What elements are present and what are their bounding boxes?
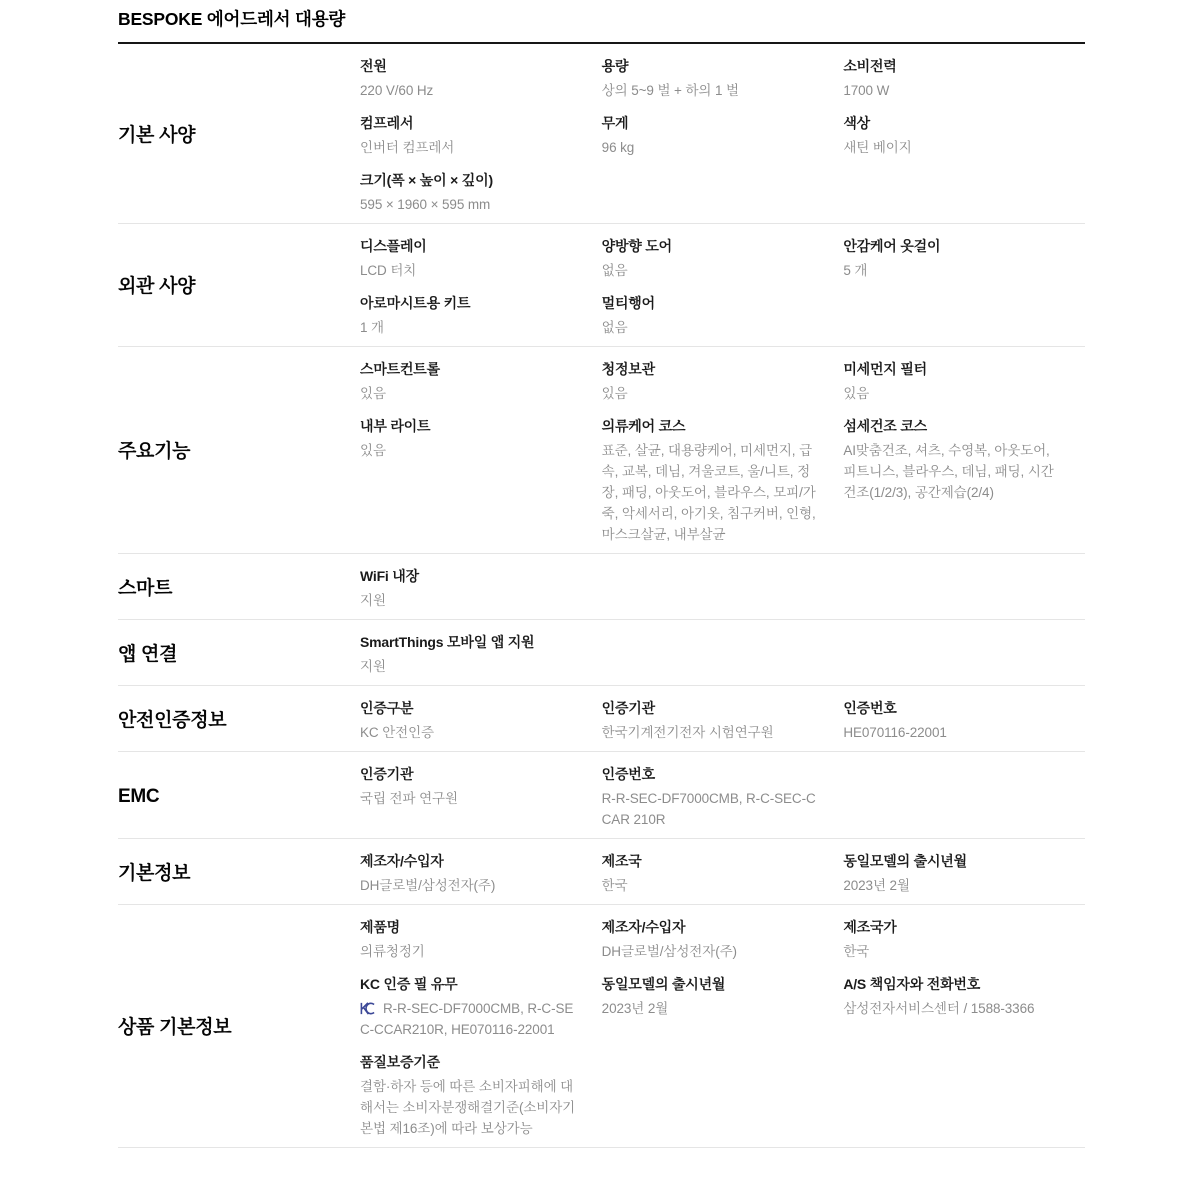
spec-value-text: R-R-SEC-DF7000CMB, R-C-SEC-CCAR 210R bbox=[602, 791, 816, 827]
spec-label: 아로마시트용 키트 bbox=[360, 293, 576, 313]
section-columns: 제조자/수입자 DH글로벌/삼성전자(주) 제조국 한국 동일모델의 출시년월 … bbox=[360, 851, 1085, 896]
spec-value-text: 인버터 컴프레서 bbox=[360, 140, 454, 155]
spec-value: 의류청정기 bbox=[360, 941, 576, 962]
spec-label: 제조국 bbox=[602, 851, 818, 871]
section-title: 상품 기본정보 bbox=[118, 1015, 360, 1041]
spec-value-text: LCD 터치 bbox=[360, 263, 416, 278]
spec-label: 인증번호 bbox=[843, 698, 1059, 718]
spec-field: 안감케어 옷걸이 5 개 bbox=[843, 236, 1085, 281]
spec-label: 용량 bbox=[602, 56, 818, 76]
spec-value: 1 개 bbox=[360, 317, 576, 338]
spec-column: 제조국가 한국 A/S 책임자와 전화번호 삼성전자서비스센터 / 1588-3… bbox=[843, 917, 1085, 1019]
spec-value-text: 상의 5~9 벌 + 하의 1 벌 bbox=[602, 83, 739, 98]
spec-value-text: 한국기계전기전자 시험연구원 bbox=[602, 725, 774, 740]
spec-field: 용량 상의 5~9 벌 + 하의 1 벌 bbox=[602, 56, 844, 101]
spec-label: 섬세건조 코스 bbox=[843, 416, 1059, 436]
spec-column: 안감케어 옷걸이 5 개 bbox=[843, 236, 1085, 281]
spec-field: 미세먼지 필터 있음 bbox=[843, 359, 1085, 404]
spec-value-text: 의류청정기 bbox=[360, 944, 425, 959]
spec-value-text: 결함·하자 등에 따른 소비자피해에 대해서는 소비자분쟁해결기준(소비자기본법… bbox=[360, 1079, 575, 1136]
spec-label: 내부 라이트 bbox=[360, 416, 576, 436]
spec-value-text: KC 안전인증 bbox=[360, 725, 434, 740]
spec-column: 제조자/수입자 DH글로벌/삼성전자(주) 동일모델의 출시년월 2023년 2… bbox=[602, 917, 844, 1019]
spec-column: 제조자/수입자 DH글로벌/삼성전자(주) bbox=[360, 851, 602, 896]
spec-value: 지원 bbox=[360, 590, 576, 611]
spec-value-text: 있음 bbox=[360, 386, 386, 401]
spec-value: 한국 bbox=[843, 941, 1059, 962]
spec-column: 청정보관 있음 의류케어 코스 표준, 살균, 대용량케어, 미세먼지, 급속,… bbox=[602, 359, 844, 545]
spec-field: 청정보관 있음 bbox=[602, 359, 844, 404]
spec-value: 220 V/60 Hz bbox=[360, 80, 576, 101]
section-columns: 인증구분 KC 안전인증 인증기관 한국기계전기전자 시험연구원 인증번호 HE… bbox=[360, 698, 1085, 743]
section-title: 기본정보 bbox=[118, 861, 360, 887]
spec-field: 크기(폭 × 높이 × 깊이) 595 × 1960 × 595 mm bbox=[360, 170, 602, 215]
spec-value-text: 없음 bbox=[602, 320, 628, 335]
spec-label: WiFi 내장 bbox=[360, 566, 576, 586]
spec-value-text: 새틴 베이지 bbox=[843, 140, 911, 155]
spec-label: 스마트컨트롤 bbox=[360, 359, 576, 379]
spec-value: R-R-SEC-DF7000CMB, R-C-SEC-CCAR210R, HE0… bbox=[360, 998, 576, 1040]
spec-value-text: 96 kg bbox=[602, 140, 635, 155]
spec-label: A/S 책임자와 전화번호 bbox=[843, 974, 1059, 994]
spec-field: 품질보증기준 결함·하자 등에 따른 소비자피해에 대해서는 소비자분쟁해결기준… bbox=[360, 1052, 602, 1139]
section-row: 주요기능 스마트컨트롤 있음 내부 라이트 있음 청정보관 있음 의류케어 코스… bbox=[118, 347, 1085, 554]
spec-label: 인증번호 bbox=[602, 764, 818, 784]
spec-label: 소비전력 bbox=[843, 56, 1059, 76]
spec-label: 인증기관 bbox=[602, 698, 818, 718]
spec-value: 없음 bbox=[602, 317, 818, 338]
page-title: BESPOKE 에어드레서 대용량 bbox=[118, 6, 1085, 31]
spec-value-text: DH글로벌/삼성전자(주) bbox=[602, 944, 737, 959]
section-row: EMC 인증기관 국립 전파 연구원 인증번호 R-R-SEC-DF7000CM… bbox=[118, 752, 1085, 839]
spec-label: 디스플레이 bbox=[360, 236, 576, 256]
spec-label: 품질보증기준 bbox=[360, 1052, 576, 1072]
spec-field: 제조자/수입자 DH글로벌/삼성전자(주) bbox=[602, 917, 844, 962]
section-row: 앱 연결 SmartThings 모바일 앱 지원 지원 bbox=[118, 620, 1085, 686]
spec-field: 동일모델의 출시년월 2023년 2월 bbox=[602, 974, 844, 1019]
spec-value: 인버터 컴프레서 bbox=[360, 137, 576, 158]
spec-label: 전원 bbox=[360, 56, 576, 76]
spec-value: 있음 bbox=[602, 383, 818, 404]
spec-value-text: DH글로벌/삼성전자(주) bbox=[360, 878, 495, 893]
spec-label: KC 인증 필 유무 bbox=[360, 974, 576, 994]
spec-column: 용량 상의 5~9 벌 + 하의 1 벌 무게 96 kg bbox=[602, 56, 844, 158]
spec-column: 인증번호 R-R-SEC-DF7000CMB, R-C-SEC-CCAR 210… bbox=[602, 764, 844, 830]
spec-value-text: 220 V/60 Hz bbox=[360, 83, 433, 98]
spec-label: 의류케어 코스 bbox=[602, 416, 818, 436]
spec-value: 한국 bbox=[602, 875, 818, 896]
spec-value-text: 삼성전자서비스센터 / 1588-3366 bbox=[843, 1001, 1034, 1016]
spec-column: 동일모델의 출시년월 2023년 2월 bbox=[843, 851, 1085, 896]
spec-value-text: 있음 bbox=[602, 386, 628, 401]
spec-field: 인증번호 R-R-SEC-DF7000CMB, R-C-SEC-CCAR 210… bbox=[602, 764, 844, 830]
spec-column: 소비전력 1700 W 색상 새틴 베이지 bbox=[843, 56, 1085, 158]
spec-field: 인증기관 한국기계전기전자 시험연구원 bbox=[602, 698, 844, 743]
spec-value-text: 595 × 1960 × 595 mm bbox=[360, 197, 490, 212]
spec-value: DH글로벌/삼성전자(주) bbox=[360, 875, 576, 896]
spec-field: WiFi 내장 지원 bbox=[360, 566, 602, 611]
spec-label: 제조국가 bbox=[843, 917, 1059, 937]
spec-value-text: 1700 W bbox=[843, 83, 889, 98]
spec-value: DH글로벌/삼성전자(주) bbox=[602, 941, 818, 962]
section-columns: 인증기관 국립 전파 연구원 인증번호 R-R-SEC-DF7000CMB, R… bbox=[360, 764, 1085, 830]
section-columns: SmartThings 모바일 앱 지원 지원 bbox=[360, 632, 1085, 677]
spec-value-text: 있음 bbox=[843, 386, 869, 401]
spec-field: 아로마시트용 키트 1 개 bbox=[360, 293, 602, 338]
spec-field: 컴프레서 인버터 컴프레서 bbox=[360, 113, 602, 158]
spec-label: 인증기관 bbox=[360, 764, 576, 784]
spec-field: KC 인증 필 유무 R-R-SEC-DF7000CMB, R-C-SEC-CC… bbox=[360, 974, 602, 1040]
section-title: EMC bbox=[118, 784, 360, 810]
spec-value-text: 없음 bbox=[602, 263, 628, 278]
spec-field: A/S 책임자와 전화번호 삼성전자서비스센터 / 1588-3366 bbox=[843, 974, 1085, 1019]
spec-value-text: AI맞춤건조, 셔츠, 수영복, 아웃도어, 피트니스, 블라우스, 데님, 패… bbox=[843, 443, 1053, 500]
spec-value-text: 5 개 bbox=[843, 263, 867, 278]
spec-field: 인증기관 국립 전파 연구원 bbox=[360, 764, 602, 809]
spec-field: 인증구분 KC 안전인증 bbox=[360, 698, 602, 743]
spec-value-text: 한국 bbox=[843, 944, 869, 959]
spec-column: 디스플레이 LCD 터치 아로마시트용 키트 1 개 bbox=[360, 236, 602, 338]
spec-label: 제품명 bbox=[360, 917, 576, 937]
spec-field: 동일모델의 출시년월 2023년 2월 bbox=[843, 851, 1085, 896]
section-title: 스마트 bbox=[118, 576, 360, 602]
spec-field: 색상 새틴 베이지 bbox=[843, 113, 1085, 158]
spec-value: 표준, 살균, 대용량케어, 미세먼지, 급속, 교복, 데님, 겨울코트, 울… bbox=[602, 440, 818, 545]
spec-value: KC 안전인증 bbox=[360, 722, 576, 743]
spec-table: 기본 사양 전원 220 V/60 Hz 컴프레서 인버터 컴프레서 크기(폭 … bbox=[118, 44, 1085, 1148]
spec-label: SmartThings 모바일 앱 지원 bbox=[360, 632, 576, 652]
spec-field: 디스플레이 LCD 터치 bbox=[360, 236, 602, 281]
spec-label: 양방향 도어 bbox=[602, 236, 818, 256]
section-row: 안전인증정보 인증구분 KC 안전인증 인증기관 한국기계전기전자 시험연구원 … bbox=[118, 686, 1085, 752]
spec-value-text: 국립 전파 연구원 bbox=[360, 791, 458, 806]
spec-value-text: 지원 bbox=[360, 593, 386, 608]
spec-value-text: 2023년 2월 bbox=[602, 1001, 669, 1016]
spec-field: 양방향 도어 없음 bbox=[602, 236, 844, 281]
spec-column: 인증기관 국립 전파 연구원 bbox=[360, 764, 602, 809]
kc-cert-icon bbox=[360, 1002, 375, 1015]
spec-label: 멀티행어 bbox=[602, 293, 818, 313]
spec-value-text: 1 개 bbox=[360, 320, 384, 335]
spec-field: 소비전력 1700 W bbox=[843, 56, 1085, 101]
spec-label: 색상 bbox=[843, 113, 1059, 133]
section-columns: 스마트컨트롤 있음 내부 라이트 있음 청정보관 있음 의류케어 코스 표준, … bbox=[360, 359, 1085, 545]
spec-field: 무게 96 kg bbox=[602, 113, 844, 158]
section-row: 스마트 WiFi 내장 지원 bbox=[118, 554, 1085, 620]
spec-value-text: R-R-SEC-DF7000CMB, R-C-SEC-CCAR210R, HE0… bbox=[360, 1001, 573, 1037]
spec-value: 새틴 베이지 bbox=[843, 137, 1059, 158]
spec-field: SmartThings 모바일 앱 지원 지원 bbox=[360, 632, 602, 677]
spec-field: 제조국 한국 bbox=[602, 851, 844, 896]
spec-value: 한국기계전기전자 시험연구원 bbox=[602, 722, 818, 743]
spec-field: 스마트컨트롤 있음 bbox=[360, 359, 602, 404]
spec-value: 2023년 2월 bbox=[602, 998, 818, 1019]
section-row: 기본 사양 전원 220 V/60 Hz 컴프레서 인버터 컴프레서 크기(폭 … bbox=[118, 44, 1085, 224]
spec-field: 제조국가 한국 bbox=[843, 917, 1085, 962]
spec-label: 청정보관 bbox=[602, 359, 818, 379]
section-columns: 디스플레이 LCD 터치 아로마시트용 키트 1 개 양방향 도어 없음 멀티행… bbox=[360, 236, 1085, 338]
spec-field: 전원 220 V/60 Hz bbox=[360, 56, 602, 101]
spec-label: 안감케어 옷걸이 bbox=[843, 236, 1059, 256]
spec-label: 무게 bbox=[602, 113, 818, 133]
section-title: 주요기능 bbox=[118, 439, 360, 465]
spec-column: 제품명 의류청정기 KC 인증 필 유무 R-R-SEC-DF7000CMB, … bbox=[360, 917, 602, 1139]
spec-value: 2023년 2월 bbox=[843, 875, 1059, 896]
spec-label: 인증구분 bbox=[360, 698, 576, 718]
spec-field: 인증번호 HE070116-22001 bbox=[843, 698, 1085, 743]
spec-field: 섬세건조 코스 AI맞춤건조, 셔츠, 수영복, 아웃도어, 피트니스, 블라우… bbox=[843, 416, 1085, 503]
spec-value: 삼성전자서비스센터 / 1588-3366 bbox=[843, 998, 1059, 1019]
spec-column: 제조국 한국 bbox=[602, 851, 844, 896]
spec-value: 96 kg bbox=[602, 137, 818, 158]
spec-label: 동일모델의 출시년월 bbox=[602, 974, 818, 994]
spec-value: 있음 bbox=[360, 383, 576, 404]
spec-value: 국립 전파 연구원 bbox=[360, 788, 576, 809]
spec-column: SmartThings 모바일 앱 지원 지원 bbox=[360, 632, 602, 677]
spec-column: 인증번호 HE070116-22001 bbox=[843, 698, 1085, 743]
section-row: 상품 기본정보 제품명 의류청정기 KC 인증 필 유무 R-R-SEC-DF7… bbox=[118, 905, 1085, 1148]
spec-column: WiFi 내장 지원 bbox=[360, 566, 602, 611]
spec-value: 있음 bbox=[360, 440, 576, 461]
spec-value-text: 있음 bbox=[360, 443, 386, 458]
spec-value-text: 한국 bbox=[602, 878, 628, 893]
spec-column: 인증기관 한국기계전기전자 시험연구원 bbox=[602, 698, 844, 743]
spec-column: 스마트컨트롤 있음 내부 라이트 있음 bbox=[360, 359, 602, 461]
spec-value-text: HE070116-22001 bbox=[843, 725, 946, 740]
section-columns: 제품명 의류청정기 KC 인증 필 유무 R-R-SEC-DF7000CMB, … bbox=[360, 917, 1085, 1139]
spec-value: 있음 bbox=[843, 383, 1059, 404]
spec-column: 미세먼지 필터 있음 섬세건조 코스 AI맞춤건조, 셔츠, 수영복, 아웃도어… bbox=[843, 359, 1085, 503]
spec-label: 제조자/수입자 bbox=[360, 851, 576, 871]
spec-value: 상의 5~9 벌 + 하의 1 벌 bbox=[602, 80, 818, 101]
spec-value: 595 × 1960 × 595 mm bbox=[360, 194, 576, 215]
spec-value: HE070116-22001 bbox=[843, 722, 1059, 743]
spec-label: 미세먼지 필터 bbox=[843, 359, 1059, 379]
spec-field: 내부 라이트 있음 bbox=[360, 416, 602, 461]
spec-value: 5 개 bbox=[843, 260, 1059, 281]
spec-field: 멀티행어 없음 bbox=[602, 293, 844, 338]
spec-value: R-R-SEC-DF7000CMB, R-C-SEC-CCAR 210R bbox=[602, 788, 818, 830]
spec-column: 인증구분 KC 안전인증 bbox=[360, 698, 602, 743]
spec-label: 동일모델의 출시년월 bbox=[843, 851, 1059, 871]
spec-value-text: 2023년 2월 bbox=[843, 878, 910, 893]
spec-label: 컴프레서 bbox=[360, 113, 576, 133]
spec-field: 제품명 의류청정기 bbox=[360, 917, 602, 962]
spec-field: 제조자/수입자 DH글로벌/삼성전자(주) bbox=[360, 851, 602, 896]
section-columns: WiFi 내장 지원 bbox=[360, 566, 1085, 611]
section-row: 외관 사양 디스플레이 LCD 터치 아로마시트용 키트 1 개 양방향 도어 … bbox=[118, 224, 1085, 347]
spec-label: 제조자/수입자 bbox=[602, 917, 818, 937]
section-title: 기본 사양 bbox=[118, 123, 360, 149]
section-title: 외관 사양 bbox=[118, 274, 360, 300]
section-row: 기본정보 제조자/수입자 DH글로벌/삼성전자(주) 제조국 한국 동일모델의 … bbox=[118, 839, 1085, 905]
spec-label: 크기(폭 × 높이 × 깊이) bbox=[360, 170, 576, 190]
spec-column: 양방향 도어 없음 멀티행어 없음 bbox=[602, 236, 844, 338]
spec-value-text: 표준, 살균, 대용량케어, 미세먼지, 급속, 교복, 데님, 겨울코트, 울… bbox=[602, 443, 816, 542]
spec-value: 결함·하자 등에 따른 소비자피해에 대해서는 소비자분쟁해결기준(소비자기본법… bbox=[360, 1076, 576, 1139]
spec-value: 없음 bbox=[602, 260, 818, 281]
section-title: 앱 연결 bbox=[118, 642, 360, 668]
spec-field: 의류케어 코스 표준, 살균, 대용량케어, 미세먼지, 급속, 교복, 데님,… bbox=[602, 416, 844, 545]
spec-value: LCD 터치 bbox=[360, 260, 576, 281]
spec-value: AI맞춤건조, 셔츠, 수영복, 아웃도어, 피트니스, 블라우스, 데님, 패… bbox=[843, 440, 1059, 503]
spec-value: 1700 W bbox=[843, 80, 1059, 101]
spec-page: BESPOKE 에어드레서 대용량 기본 사양 전원 220 V/60 Hz 컴… bbox=[0, 0, 1200, 1178]
spec-value: 지원 bbox=[360, 656, 576, 677]
section-columns: 전원 220 V/60 Hz 컴프레서 인버터 컴프레서 크기(폭 × 높이 ×… bbox=[360, 56, 1085, 215]
spec-column: 전원 220 V/60 Hz 컴프레서 인버터 컴프레서 크기(폭 × 높이 ×… bbox=[360, 56, 602, 215]
section-title: 안전인증정보 bbox=[118, 708, 360, 734]
spec-value-text: 지원 bbox=[360, 659, 386, 674]
